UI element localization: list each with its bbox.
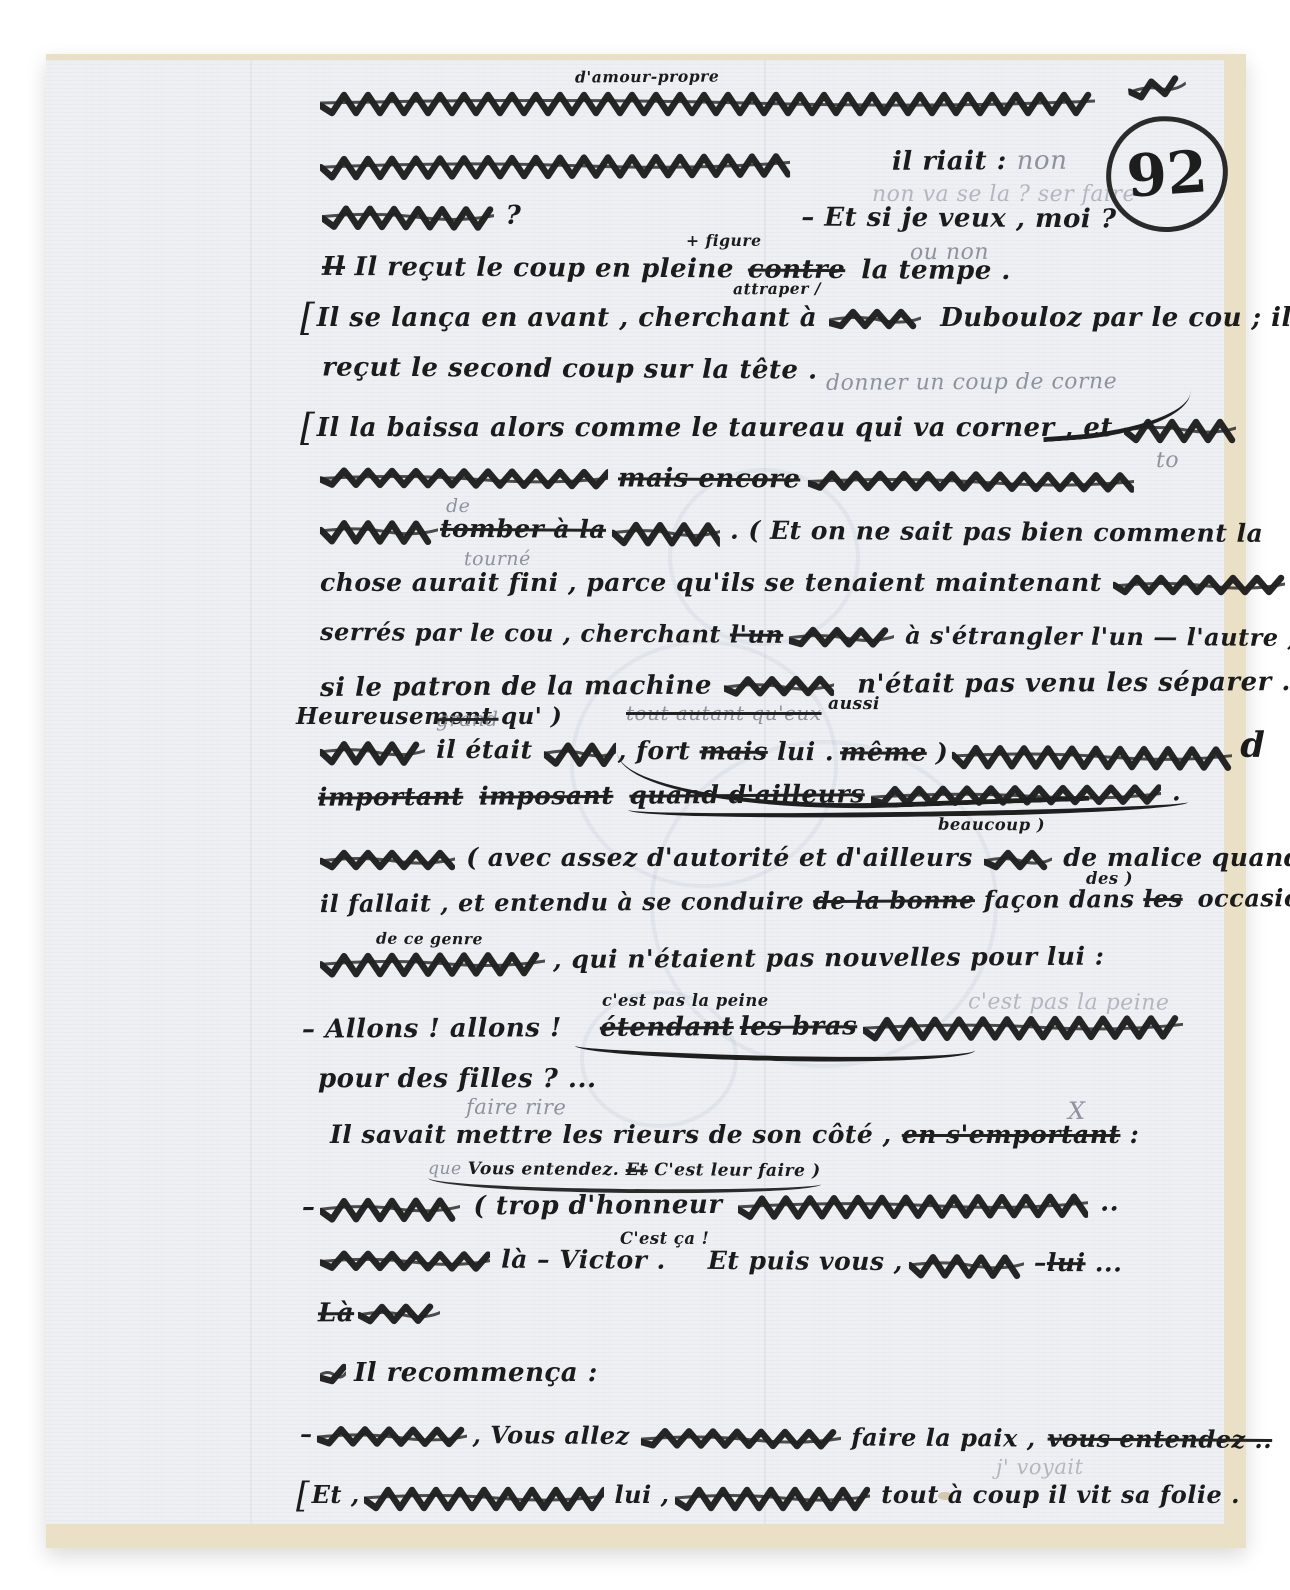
ink-text: tout à coup il vit sa folie . <box>872 1480 1240 1509</box>
struck-text: lui <box>1047 1248 1086 1277</box>
pencil-note: non <box>1017 146 1068 176</box>
struck-text: Et <box>626 1160 648 1180</box>
ink-text: beaucoup ) <box>938 815 1045 835</box>
ink-text: + figure <box>686 231 762 250</box>
margin-bracket: [ <box>300 295 315 339</box>
manuscript-line: Il savait mettre les rieurs de son côté … <box>330 1118 1139 1152</box>
ink-text: occasions <box>1189 883 1290 913</box>
manuscript-line: reçut le second coup sur la tête . <box>322 350 818 387</box>
struck-text: en s'emportant <box>902 1120 1121 1149</box>
manuscript-line: tout autant qu'eux <box>626 696 822 730</box>
ink-text: . ( Et on ne sait pas bien comment la <box>730 516 1263 548</box>
ink-text: – <box>300 1419 313 1448</box>
scrawl-crossout <box>320 736 425 767</box>
scrawl-crossout <box>789 621 894 652</box>
ink-text: Il la baissa alors comme le taureau qui … <box>317 413 1123 443</box>
ink-text: Et puis vous , <box>708 1246 903 1276</box>
scrawl-crossout <box>320 148 790 181</box>
scrawl-crossout <box>909 1249 1024 1280</box>
ink-text: – Allons ! allons ! <box>302 1013 562 1045</box>
manuscript-line: donner un coup de corne <box>826 365 1117 401</box>
ink-text: il était <box>427 735 542 765</box>
pencil-note: donner un coup de corne <box>826 369 1117 396</box>
ink-text: : <box>1120 1120 1139 1149</box>
manuscript-line: to <box>1156 444 1179 478</box>
manuscript-line: Là <box>318 1296 442 1331</box>
ink-text: faire la paix , <box>842 1422 1035 1452</box>
manuscript-line: serrés par le cou , cherchant l'un à s'é… <box>320 615 1290 655</box>
manuscript-line: chose aurait fini , parce qu'ils se tena… <box>320 566 1287 600</box>
manuscript-line: , qui n'étaient pas nouvelles pour lui : <box>318 940 1105 979</box>
struck-text: Il <box>322 252 345 282</box>
scrawl-crossout <box>738 1189 1088 1221</box>
struck-text: l'un <box>730 620 784 649</box>
scrawl-crossout <box>984 845 1052 875</box>
scrawl-crossout <box>1126 69 1187 106</box>
pencil-note: faire rire <box>466 1095 567 1120</box>
ink-text: ... <box>1085 1248 1122 1277</box>
struck-text: de la bonne <box>813 885 975 915</box>
ink-text: ( avec assez d'autorité et d'ailleurs <box>457 843 982 872</box>
scrawl-crossout <box>320 515 438 546</box>
ink-text: – <box>1034 1248 1047 1277</box>
struck-text: imposant <box>479 781 613 811</box>
manuscript-line: Il Il reçut le coup en pleinecontrela te… <box>322 250 1011 288</box>
manuscript-line: ( avec assez d'autorité et d'ailleurs de… <box>318 832 1290 875</box>
ink-text: d <box>1240 725 1265 766</box>
ink-text: à s'étrangler l'un — l'autre , <box>896 621 1290 652</box>
manuscript-line: [Il se lança en avant , cherchant à Dubo… <box>300 300 1290 335</box>
struck-text: tomber à la <box>440 514 606 544</box>
ink-text: lui , <box>606 1480 670 1509</box>
ink-text: .. <box>1090 1188 1119 1218</box>
ink-text: reçut le second coup sur la tête . <box>322 352 818 385</box>
ink-text: – <box>302 1192 316 1222</box>
ink-text: – Et si je veux , moi ? <box>801 203 1116 235</box>
pencil-note: que <box>428 1159 468 1179</box>
manuscript-line: [Et , lui , tout à coup il vit sa folie … <box>296 1478 1240 1513</box>
ink-text: la tempe . <box>861 255 1011 286</box>
ink-text: , Vous allez <box>472 1420 638 1450</box>
scanned-manuscript-page: d'amour-propreil riait :nonnon va se la … <box>0 0 1290 1590</box>
ink-text: ? <box>496 201 521 231</box>
manuscript-line: Il recommença : <box>318 1356 598 1390</box>
interline-note: aussi <box>828 686 880 721</box>
manuscript-line: –( trop d'honneur .. <box>302 1186 1119 1225</box>
scrawl-crossout <box>358 1299 440 1330</box>
scrawl-crossout <box>320 87 1095 117</box>
manuscript-line: mais encore <box>318 460 1136 499</box>
margin-bracket: [ <box>296 1476 310 1516</box>
ink-text: Dubouloz par le cou ; il <box>931 303 1290 333</box>
ink-text: Il se lança en avant , cherchant à <box>317 303 827 333</box>
pencil-note: grand <box>436 707 499 731</box>
scrawl-crossout <box>640 1423 840 1454</box>
scrawl-crossout <box>829 304 921 334</box>
scrawl-crossout <box>544 737 616 767</box>
ink-text: c'est pas la peine <box>602 991 769 1010</box>
manuscript-line: –, Vous allez faire la paix ,vous entend… <box>300 1417 1272 1457</box>
ink-text: serrés par le cou , cherchant <box>320 617 730 649</box>
scrawl-crossout <box>320 947 545 978</box>
ink-text: Il reçut le coup en pleine <box>345 252 734 284</box>
ink-text: attraper / <box>733 279 821 299</box>
scrawl-crossout <box>320 1359 346 1389</box>
pencil-note: to <box>1156 448 1179 473</box>
manuscript-line: il fallait , et entendu à se conduire de… <box>320 881 1290 921</box>
struck-text: les <box>1143 884 1183 913</box>
manuscript-line: il riait :non <box>318 144 1068 183</box>
manuscript-line: grand <box>436 702 499 736</box>
manuscript-line: tomber à la. ( Et on ne sait pas bien co… <box>318 511 1263 551</box>
fold-crease <box>250 60 252 1524</box>
ink-text: n'était pas venu les séparer . <box>848 667 1290 700</box>
ink-text: ( trop d'honneur <box>473 1190 722 1222</box>
struck-text: important <box>318 782 463 812</box>
scrawl-crossout <box>320 845 455 875</box>
ink-text: des ) <box>1086 869 1133 888</box>
pencil-note: tout autant qu'eux <box>626 701 822 725</box>
ink-text: C'est leur faire ) <box>648 1160 821 1181</box>
scrawl-crossout <box>319 1193 459 1224</box>
scrawl-crossout <box>316 1421 466 1452</box>
scrawl-crossout <box>612 516 720 547</box>
scrawl-crossout <box>675 1482 870 1512</box>
ink-text: Vous entendez. <box>468 1159 626 1180</box>
scrawl-crossout <box>320 1245 490 1276</box>
struck-text: les bras <box>740 1011 858 1042</box>
page-number: 92 <box>1124 137 1209 210</box>
ink-text: il riait : <box>892 146 1007 177</box>
margin-bracket: [ <box>300 405 315 449</box>
scrawl-crossout <box>808 465 1134 497</box>
scrawl-crossout <box>863 1010 1183 1042</box>
ink-text: il fallait , et entendu à se conduire <box>320 886 813 918</box>
scrawl-crossout <box>322 201 494 232</box>
ink-text: , qui n'étaient pas nouvelles pour lui : <box>553 942 1105 974</box>
struck-text: mais encore <box>618 463 800 494</box>
interline-note: des ) <box>1086 860 1133 896</box>
struck-text: Là <box>318 1298 354 1328</box>
manuscript-line: là – Victor .Et puis vous ,–lui ... <box>318 1242 1123 1281</box>
scrawl-crossout <box>364 1482 604 1512</box>
ink-text: Et , <box>312 1480 360 1509</box>
scrawl-crossout <box>1113 570 1285 600</box>
ink-text: Il savait mettre les rieurs de son côté … <box>330 1120 892 1149</box>
crossed-line <box>318 84 1097 118</box>
ink-text: chose aurait fini , parce qu'ils se tena… <box>320 568 1111 597</box>
ink-text: aussi <box>828 694 880 714</box>
pencil-note: j' voyait <box>996 1455 1084 1480</box>
ink-text: là – Victor . <box>492 1245 666 1275</box>
ink-text: Il recommença : <box>354 1358 598 1388</box>
